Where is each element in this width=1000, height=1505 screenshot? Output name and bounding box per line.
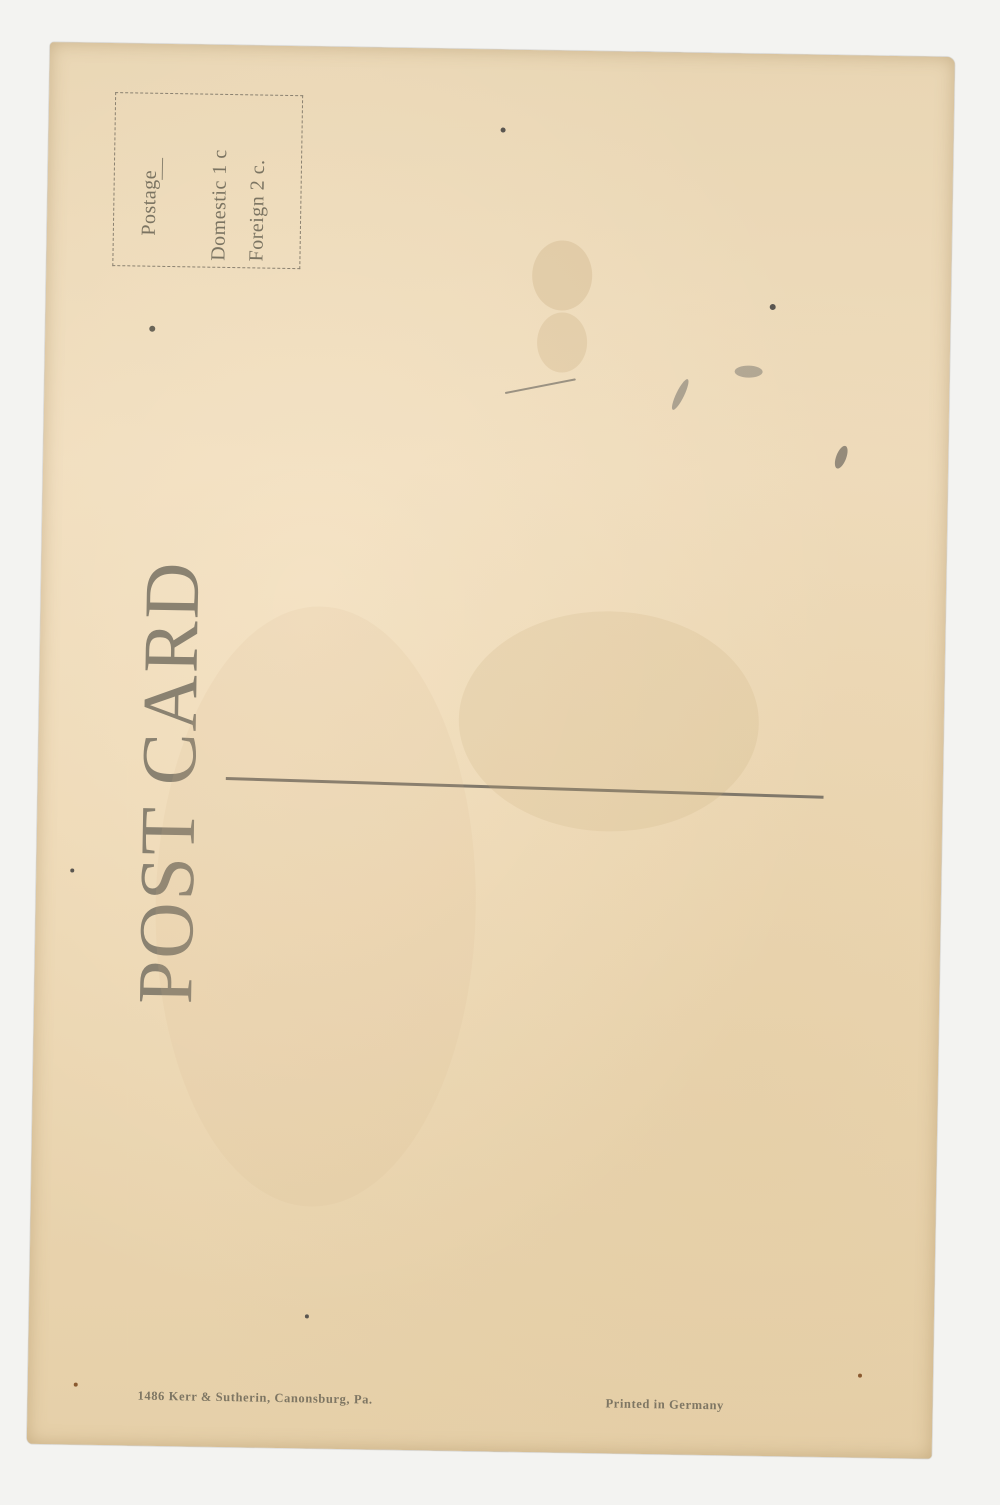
stamp-box: Postage Domestic 1 c Foreign 2 c. bbox=[112, 92, 303, 269]
pencil-smudge bbox=[735, 365, 763, 377]
ink-speck bbox=[501, 127, 506, 132]
pencil-smudge bbox=[832, 444, 850, 470]
ink-speck bbox=[770, 304, 776, 310]
pencil-stroke bbox=[505, 378, 576, 394]
shadow-stain bbox=[457, 609, 761, 834]
stamp-postage-label: Postage bbox=[138, 170, 162, 236]
printed-in-germany: Printed in Germany bbox=[605, 1396, 724, 1413]
ink-speck bbox=[70, 868, 74, 872]
pencil-smudge bbox=[669, 377, 691, 411]
water-stain bbox=[537, 312, 588, 373]
ink-speck bbox=[149, 326, 155, 332]
stamp-divider bbox=[162, 158, 163, 180]
ink-speck bbox=[74, 1383, 78, 1387]
water-stain bbox=[532, 240, 593, 311]
stamp-domestic-rate: Domestic 1 c bbox=[207, 149, 232, 261]
publisher-imprint: 1486 Kerr & Sutherin, Canonsburg, Pa. bbox=[137, 1389, 372, 1408]
ink-speck bbox=[858, 1374, 862, 1378]
ink-speck bbox=[305, 1314, 309, 1318]
postcard: Postage Domestic 1 c Foreign 2 c. POST C… bbox=[27, 42, 955, 1459]
stamp-foreign-rate: Foreign 2 c. bbox=[245, 159, 270, 261]
